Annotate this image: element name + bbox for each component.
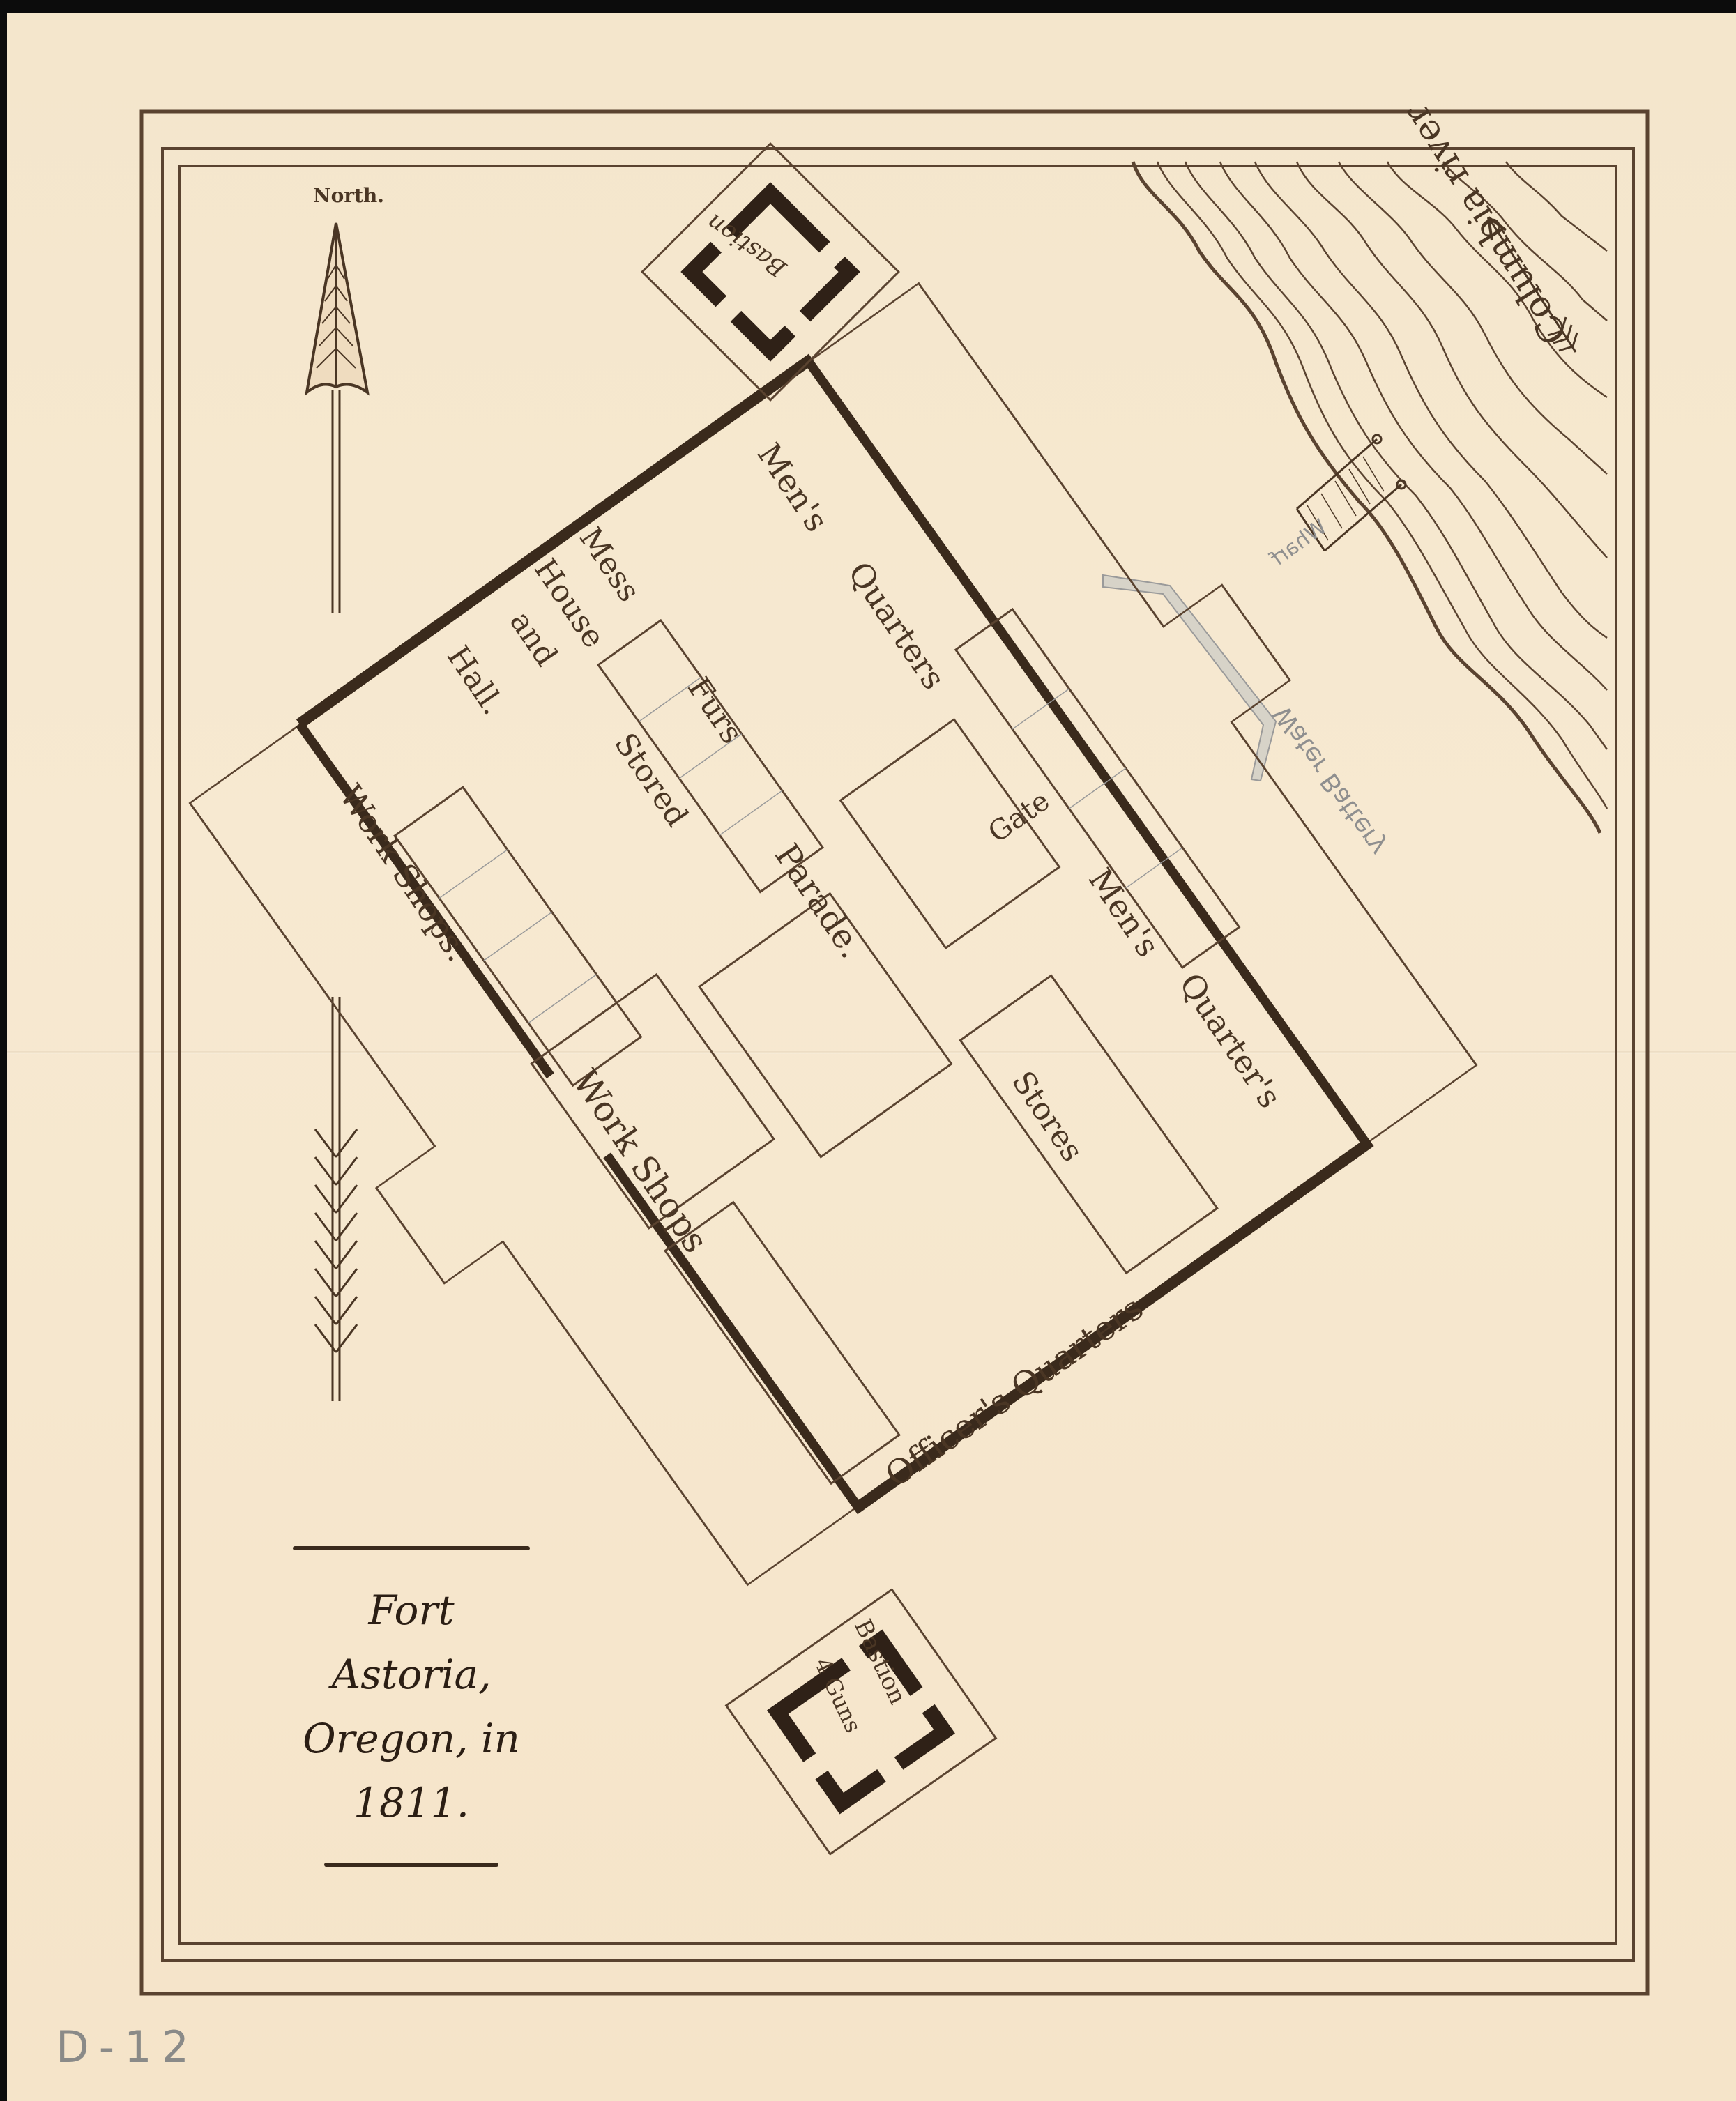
water-battery [1103,575,1276,781]
map-title-cartouche: Fort Astoria, Oregon, in 1811. [286,1546,537,1867]
mens-quarters-east-label-2: Quarter's [1172,966,1289,1115]
mens-quarters-north-label-1: Men's [750,436,836,538]
title-line-3: 1811. [286,1771,537,1835]
fort-plan-map: Columbia river Wharf Water Battery North… [0,0,1736,2101]
columbia-river [1133,162,1607,833]
title-bottom-rule [324,1863,498,1867]
parade-label: Parade. [767,836,871,965]
water-battery-label: Water Battery [1268,701,1392,860]
furs-stored-label-1: Furs [680,671,750,750]
work-shops-south-label: Work Shops [565,1062,716,1260]
furs-stored-label-2: Stored [607,727,695,834]
north-label: North. [313,184,384,207]
wharf-label: Wharf [1265,514,1332,572]
columbia-river-label: Columbia river [1395,96,1576,351]
archive-code-label: D-12 [56,2022,199,2072]
title-line-1: Fort Astoria, [286,1578,537,1706]
stores [841,719,1060,948]
gate-label: Gate [982,785,1056,849]
title-line-2: Oregon, in [286,1706,537,1771]
mens-quarters-north-label-2: Quarters [841,555,953,696]
work-shops-south [960,975,1217,1273]
officers-quarters-label: Officer's Quarters [878,1288,1150,1495]
bastion-south-guns-label: 4 Guns [809,1653,867,1736]
mens-quarters-east-label-1: Men's [1081,862,1167,963]
work-shops-west-label: Work Shops. [332,778,478,968]
mess-house-label-4: Hall. [440,640,511,721]
stores-label: Stores [1005,1065,1090,1168]
mess-house-label-3: and [503,605,565,673]
